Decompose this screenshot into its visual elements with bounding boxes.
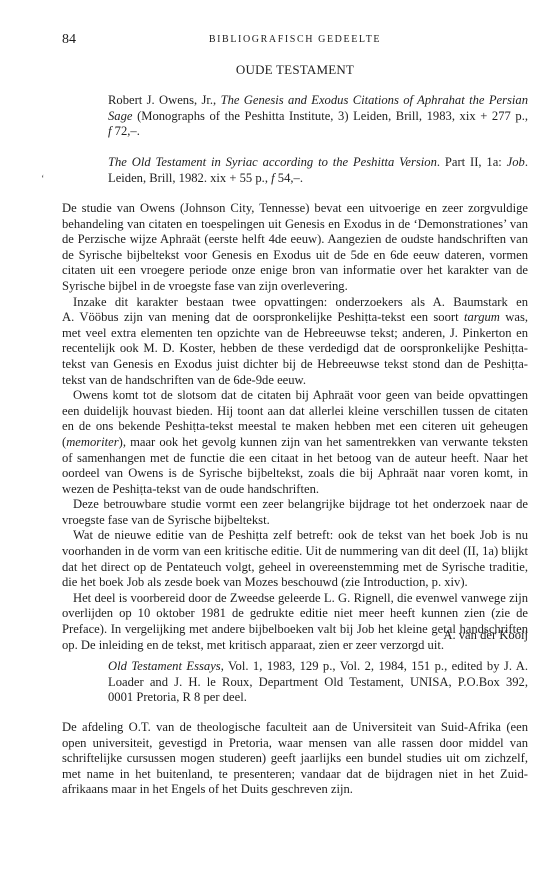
review-text-owens: De studie van Owens (Johnson City, Tenne… (62, 201, 528, 653)
review-line: wezen de Peshiṭta-tekst van de oude hand… (62, 482, 528, 498)
bibliographic-entry-ot-essays: Old Testament Essays, Vol. 1, 1983, 129 … (108, 659, 528, 706)
entry-publication-info: (Monographs of the Peshitta Institute, 3… (132, 109, 528, 123)
review-line: oordeel van Owens is de Syrische bijbelt… (62, 466, 528, 482)
document-page: 84 BIBLIOGRAFISCH GEDEELTE OUDE TESTAMEN… (0, 0, 553, 872)
review-line: De afdeling O.T. van de theologische fac… (62, 720, 528, 736)
entry-publication-info: Leiden, Brill, 1982. xix + 55 p., (108, 171, 271, 185)
review-line: schriftelijke cursussen mogen studeren) … (62, 751, 528, 767)
entry-line: 0001 Pretoria, R 8 per deel. (108, 690, 528, 706)
bibliographic-entry-peshitta-job: The Old Testament in Syriac according to… (108, 155, 528, 186)
term-targum: targum (464, 310, 500, 324)
entry-title-continued: Sage (108, 109, 132, 123)
review-line: de Perzische wijze Aphraät (eerste helft… (62, 232, 528, 248)
review-line: Deze betrouwbare studie vormt een zeer b… (62, 497, 528, 513)
review-line: overlijden op 10 oktober 1981 de gedrukt… (62, 606, 528, 622)
review-line: afrikaans maar in het Engels of het Duit… (62, 782, 528, 798)
entry-line: Sage (Monographs of the Peshitta Institu… (108, 109, 528, 125)
review-line: met veel extra elementen ten opzichte va… (62, 326, 528, 342)
review-line: Het deel is voorbereid door de Zweedse g… (62, 591, 528, 607)
review-line: de Syrische bijbeltekst voor Genesis en … (62, 248, 528, 264)
entry-line: f 72,–. (108, 124, 528, 140)
review-line: of samenhangen met de functie die een ci… (62, 451, 528, 467)
review-line: die het boek Job als zesde boek van Moze… (62, 575, 528, 591)
entry-title: The Genesis and Exodus Citations of Aphr… (221, 93, 528, 107)
entry-author: Robert J. Owens, Jr., (108, 93, 221, 107)
review-line: open universiteit, gevestigd in Pretoria… (62, 736, 528, 752)
entry-title: The Old Testament in Syriac according to… (108, 155, 437, 169)
running-header: 84 BIBLIOGRAFISCH GEDEELTE (62, 32, 528, 48)
review-text-ot-essays: De afdeling O.T. van de theologische fac… (62, 720, 528, 798)
review-line: en de ons bekende Peshiṭta-tekst meestal… (62, 419, 528, 435)
running-title: BIBLIOGRAFISCH GEDEELTE (62, 34, 528, 45)
entry-publication-info: , Vol. 1, 1983, 129 p., Vol. 2, 1984, 15… (221, 659, 528, 673)
review-line: dat het direct op de Pentateuch volgt, g… (62, 560, 528, 576)
entry-line: The Old Testament in Syriac according to… (108, 155, 528, 171)
review-line: vroegste fase van de Syrische bijbelteks… (62, 513, 528, 529)
section-title: OUDE TESTAMENT (62, 62, 528, 78)
review-line: Inzake dit karakter bestaan twee opvatti… (62, 295, 528, 311)
review-line: een duidelijk houvast bieden. Hij toont … (62, 404, 528, 420)
entry-book: Job (507, 155, 525, 169)
entry-line: Old Testament Essays, Vol. 1, 1983, 129 … (108, 659, 528, 675)
bibliographic-entry-owens: Robert J. Owens, Jr., The Genesis and Ex… (108, 93, 528, 140)
entry-part: . Part II, 1a: (437, 155, 507, 169)
entry-price: 72,–. (112, 124, 140, 138)
line-text: ), maar ook het gevolg kunnen zijn van h… (119, 435, 528, 449)
review-line: met name in het buitenland, te presenter… (62, 767, 528, 783)
margin-mark: ‘ (41, 174, 44, 185)
entry-title: Old Testament Essays (108, 659, 221, 673)
review-line: (memoriter), maar ook het gevolg kunnen … (62, 435, 528, 451)
entry-line: Robert J. Owens, Jr., The Genesis and Ex… (108, 93, 528, 109)
line-text: A. Vööbus zijn van mening dat de oorspro… (62, 310, 464, 324)
entry-line: Loader and J. H. le Roux, Department Old… (108, 675, 528, 691)
line-text: was, (500, 310, 528, 324)
review-line: recentelijk ook M. D. Koster, hebben de … (62, 341, 528, 357)
term-memoriter: memoriter (66, 435, 118, 449)
review-line: behandeling van citaten en toespelingen … (62, 217, 528, 233)
review-line: Wat de nieuwe editie van de Peshiṭta zel… (62, 528, 528, 544)
review-line: tekst van de handschriften van de 6de-9d… (62, 373, 528, 389)
review-line: voorhanden in de vorm van een kritische … (62, 544, 528, 560)
review-line: A. Vööbus zijn van mening dat de oorspro… (62, 310, 528, 326)
review-line: tekst van Genesis en Exodus juist dichte… (62, 357, 528, 373)
review-line: citaten uit een vroegere periode onze en… (62, 263, 528, 279)
entry-punct: . (525, 155, 528, 169)
reviewer-signature: A. van der Kooij (62, 628, 528, 643)
entry-price: 54,–. (275, 171, 303, 185)
review-line: Owens komt tot de slotsom dat de citaten… (62, 388, 528, 404)
review-line: De studie van Owens (Johnson City, Tenne… (62, 201, 528, 217)
review-line: Syrische bijbel in de vroegste fase van … (62, 279, 528, 295)
entry-line: Leiden, Brill, 1982. xix + 55 p., f 54,–… (108, 171, 528, 187)
